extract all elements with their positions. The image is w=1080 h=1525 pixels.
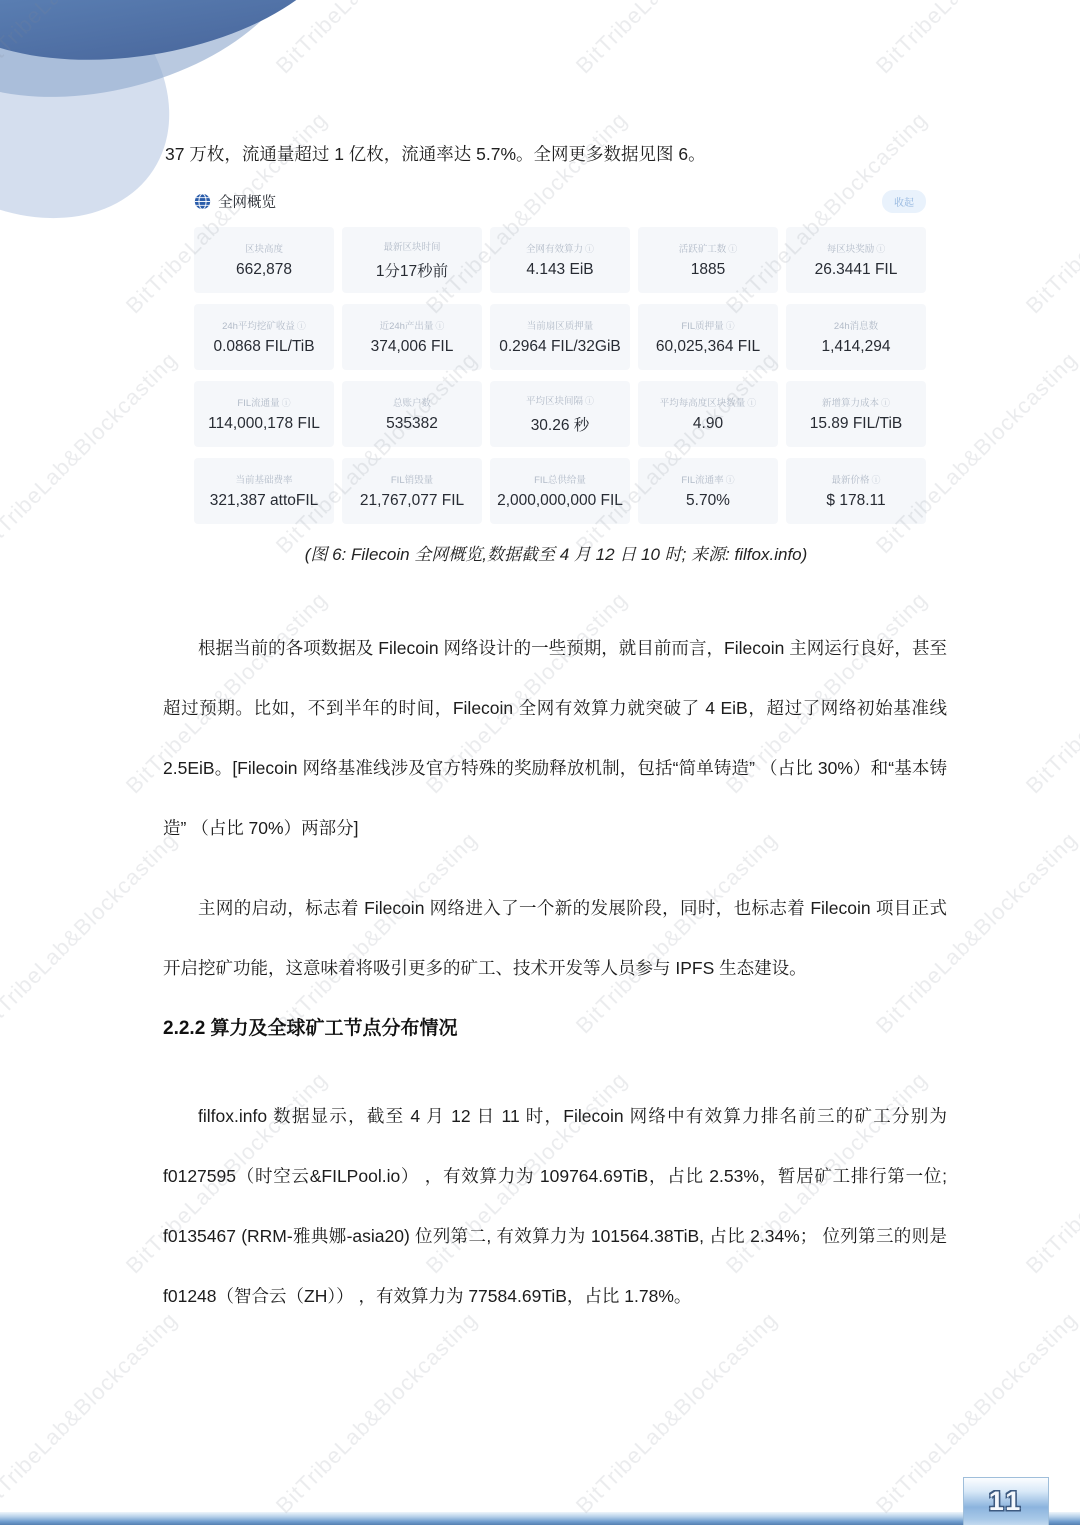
stat-cell: FIL销毁量21,767,077 FIL	[342, 458, 482, 524]
stats-grid: 区块高度662,878最新区块时间1分17秒前全网有效算力ⓘ4.143 EiB活…	[194, 227, 926, 524]
stat-cell: FIL质押量ⓘ60,025,364 FIL	[638, 304, 778, 370]
stat-label: 24h平均挖矿收益ⓘ	[222, 318, 306, 332]
stat-cell: 最新区块时间1分17秒前	[342, 227, 482, 293]
stat-value: $ 178.11	[826, 492, 885, 510]
stat-value: 30.26 秒	[531, 413, 590, 435]
stat-cell: 平均每高度区块数量ⓘ4.90	[638, 381, 778, 447]
stat-value: 2,000,000,000 FIL	[497, 492, 623, 510]
overview-title: 全网概览	[218, 191, 276, 212]
watermark-text: BitTribeLab&Blockcasting	[1021, 1067, 1080, 1279]
watermark-text: BitTribeLab&Blockcasting	[0, 1307, 183, 1519]
page-number-box: 11	[963, 1477, 1049, 1525]
stat-cell: 区块高度662,878	[194, 227, 334, 293]
stat-label: FIL质押量ⓘ	[681, 318, 734, 332]
stat-label: 当前扇区质押量	[527, 318, 594, 332]
info-icon: ⓘ	[585, 394, 594, 407]
stat-cell: 平均区块间隔ⓘ30.26 秒	[490, 381, 630, 447]
stat-value: 15.89 FIL/TiB	[810, 415, 902, 433]
overview-header: 全网概览 收起	[194, 183, 926, 219]
stat-value: 60,025,364 FIL	[656, 338, 760, 356]
stat-label: 活跃矿工数ⓘ	[679, 241, 738, 255]
stat-label: 区块高度	[245, 241, 283, 255]
stat-label: FIL销毁量	[391, 472, 433, 486]
stat-label: 每区块奖励ⓘ	[827, 241, 886, 255]
stat-value: 1分17秒前	[376, 259, 448, 281]
stat-label: 最新价格ⓘ	[831, 472, 880, 486]
figure-caption: (图 6: Filecoin 全网概览,数据截至 4 月 12 日 10 时; …	[165, 540, 947, 565]
watermark-text: BitTribeLab&Blockcasting	[0, 347, 183, 559]
body-paragraph-1: 根据当前的各项数据及 Filecoin 网络设计的一些预期，就目前而言，File…	[163, 618, 947, 858]
stat-label: 平均区块间隔ⓘ	[526, 393, 594, 407]
stat-cell: 近24h产出量ⓘ374,006 FIL	[342, 304, 482, 370]
stat-cell: 24h消息数1,414,294	[786, 304, 926, 370]
intro-paragraph: 37 万枚，流通量超过 1 亿枚，流通率达 5.7%。全网更多数据见图 6。	[165, 140, 947, 168]
stat-label: 近24h产出量ⓘ	[380, 318, 445, 332]
watermark-text: BitTribeLab&Blockcasting	[0, 827, 183, 1039]
section-heading: 2.2.2 算力及全球矿工节点分布情况	[163, 1013, 947, 1040]
stat-cell: 24h平均挖矿收益ⓘ0.0868 FIL/TiB	[194, 304, 334, 370]
page-number: 11	[989, 1486, 1024, 1517]
stat-value: 21,767,077 FIL	[360, 492, 464, 510]
watermark-text: BitTribeLab&Blockcasting	[271, 1307, 483, 1519]
stat-label: FIL流通量ⓘ	[237, 395, 290, 409]
stat-cell: FIL流通量ⓘ114,000,178 FIL	[194, 381, 334, 447]
stat-value: 374,006 FIL	[371, 338, 454, 356]
stat-cell: 全网有效算力ⓘ4.143 EiB	[490, 227, 630, 293]
stat-value: 4.143 EiB	[526, 261, 593, 279]
stat-cell: 当前扇区质押量0.2964 FIL/32GiB	[490, 304, 630, 370]
info-icon: ⓘ	[881, 396, 890, 409]
globe-icon	[194, 193, 211, 210]
stat-value: 535382	[386, 415, 438, 433]
stat-value: 1,414,294	[822, 338, 891, 356]
stat-value: 0.0868 FIL/TiB	[213, 338, 314, 356]
info-icon: ⓘ	[872, 473, 881, 486]
stat-cell: 当前基础费率321,387 attoFIL	[194, 458, 334, 524]
stat-cell: 最新价格ⓘ$ 178.11	[786, 458, 926, 524]
stat-cell: 总账户数535382	[342, 381, 482, 447]
stat-label: 当前基础费率	[235, 472, 292, 486]
stat-cell: FIL流通率ⓘ5.70%	[638, 458, 778, 524]
stat-value: 1885	[691, 261, 725, 279]
watermark-text: BitTribeLab&Blockcasting	[1021, 107, 1080, 319]
info-icon: ⓘ	[747, 396, 756, 409]
stat-value: 321,387 attoFIL	[210, 492, 319, 510]
info-icon: ⓘ	[585, 242, 594, 255]
stat-value: 662,878	[236, 261, 292, 279]
footer-bar	[0, 1512, 1080, 1525]
body-paragraph-2: 主网的启动，标志着 Filecoin 网络进入了一个新的发展阶段，同时，也标志着…	[163, 878, 947, 998]
watermark-text: BitTribeLab&Blockcasting	[1021, 587, 1080, 799]
stat-cell: 每区块奖励ⓘ26.3441 FIL	[786, 227, 926, 293]
stat-label: 总账户数	[393, 395, 431, 409]
network-overview-card: 全网概览 收起 区块高度662,878最新区块时间1分17秒前全网有效算力ⓘ4.…	[194, 183, 926, 524]
info-icon: ⓘ	[282, 396, 291, 409]
stat-label: FIL总供给量	[534, 472, 586, 486]
watermark-text: BitTribeLab&Blockcasting	[571, 0, 783, 79]
stat-label: 最新区块时间	[383, 239, 440, 253]
stat-value: 26.3441 FIL	[815, 261, 898, 279]
watermark-text: BitTribeLab&Blockcasting	[871, 0, 1080, 79]
stat-value: 5.70%	[686, 492, 730, 510]
stat-value: 114,000,178 FIL	[208, 415, 320, 433]
info-icon: ⓘ	[726, 473, 735, 486]
body-paragraph-3: filfox.info 数据显示，截至 4 月 12 日 11 时，Fileco…	[163, 1086, 947, 1326]
info-icon: ⓘ	[726, 319, 735, 332]
watermark-text: BitTribeLab&Blockcasting	[571, 1307, 783, 1519]
stat-value: 0.2964 FIL/32GiB	[499, 338, 621, 356]
stat-label: 新增算力成本ⓘ	[822, 395, 890, 409]
stat-value: 4.90	[693, 415, 723, 433]
info-icon: ⓘ	[297, 319, 306, 332]
info-icon: ⓘ	[876, 242, 885, 255]
stat-label: FIL流通率ⓘ	[681, 472, 734, 486]
info-icon: ⓘ	[435, 319, 444, 332]
collapse-button[interactable]: 收起	[882, 190, 926, 213]
stat-cell: 活跃矿工数ⓘ1885	[638, 227, 778, 293]
info-icon: ⓘ	[728, 242, 737, 255]
stat-cell: FIL总供给量2,000,000,000 FIL	[490, 458, 630, 524]
stat-label: 平均每高度区块数量ⓘ	[660, 395, 757, 409]
stat-label: 24h消息数	[834, 318, 878, 332]
stat-label: 全网有效算力ⓘ	[526, 241, 594, 255]
stat-cell: 新增算力成本ⓘ15.89 FIL/TiB	[786, 381, 926, 447]
